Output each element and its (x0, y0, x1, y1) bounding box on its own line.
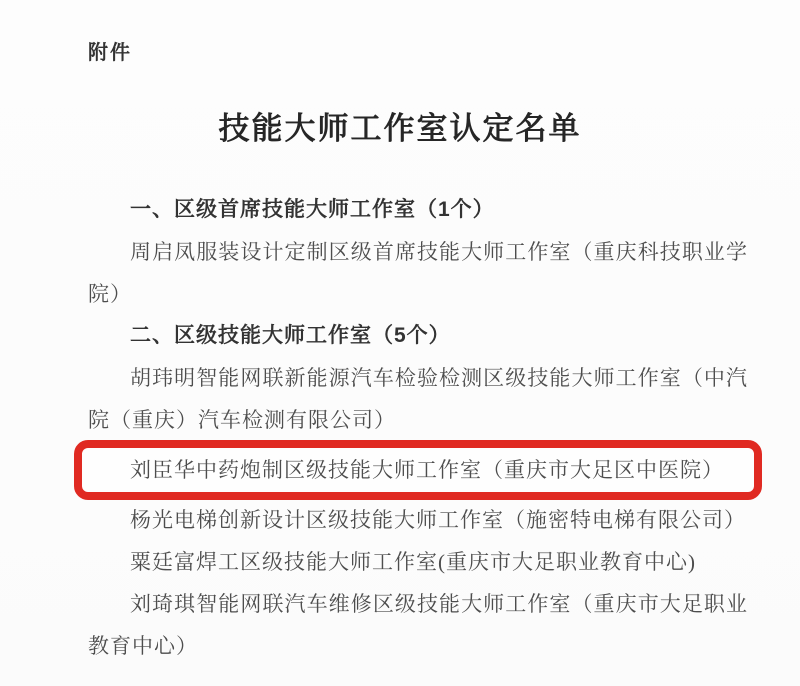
entry: 杨光电梯创新设计区级技能大师工作室（施密特电梯有限公司） (88, 499, 748, 541)
document-page: 附件 技能大师工作室认定名单 一、区级首席技能大师工作室（1个）周启凤服装设计定… (0, 0, 800, 686)
section-heading: 一、区级首席技能大师工作室（1个） (88, 189, 748, 231)
entry: 刘琦琪智能网联汽车维修区级技能大师工作室（重庆市大足职业教育中心） (88, 583, 748, 667)
attachment-label: 附件 (88, 36, 132, 65)
entry: 胡玮明智能网联新能源汽车检验检测区级技能大师工作室（中汽院（重庆）汽车检测有限公… (88, 357, 748, 441)
page-title: 技能大师工作室认定名单 (0, 103, 800, 148)
entry-highlighted: 刘臣华中药炮制区级技能大师工作室（重庆市大足区中医院） (88, 449, 748, 491)
entry: 粟廷富焊工区级技能大师工作室(重庆市大足职业教育中心) (88, 541, 748, 583)
highlight-box: 刘臣华中药炮制区级技能大师工作室（重庆市大足区中医院） (74, 440, 762, 500)
section-heading: 二、区级技能大师工作室（5个） (88, 315, 748, 357)
document-content: 一、区级首席技能大师工作室（1个）周启凤服装设计定制区级首席技能大师工作室（重庆… (88, 189, 748, 667)
entry: 周启凤服装设计定制区级首席技能大师工作室（重庆科技职业学院） (88, 231, 748, 315)
